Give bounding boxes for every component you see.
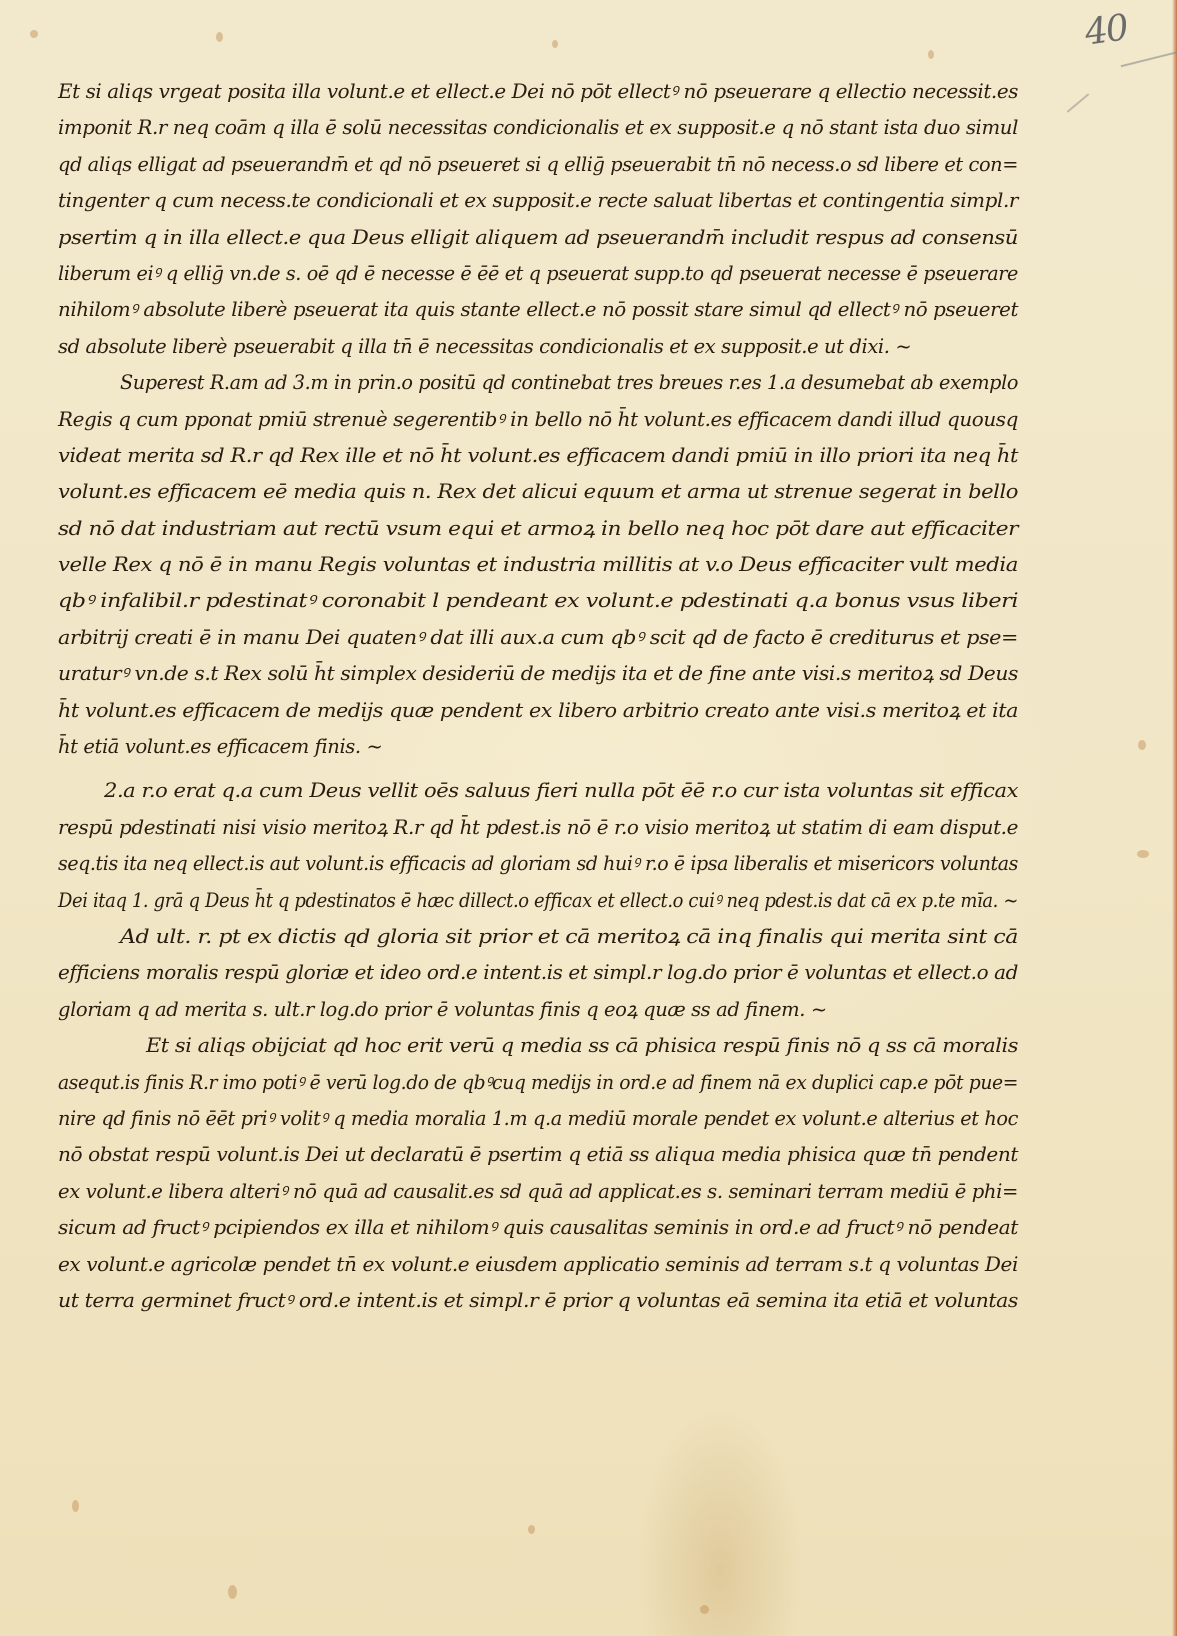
text-line: nihilomꝰ absolute liberè pseuerat ita qu… xyxy=(58,292,1018,328)
paragraph-4: Ad ult. r. pt ex dictis qd gloria sit pr… xyxy=(58,919,1018,1028)
text-line: nō obstat respū volunt.is Dei ut declara… xyxy=(58,1137,1018,1173)
foxing-spot xyxy=(528,1525,535,1534)
foxing-spot xyxy=(216,32,223,42)
manuscript-text: Et si aliqs vrgeat posita illa volunt.e … xyxy=(58,74,1018,1319)
foxing-spot xyxy=(552,40,558,48)
foxing-spot xyxy=(228,1585,237,1599)
foxing-spot xyxy=(928,50,934,59)
text-line: seq.tis ita neq ellect.is aut volunt.is … xyxy=(58,846,1018,882)
folio-number: 40 xyxy=(1082,7,1129,53)
text-line: 2.a r.o erat q.a cum Deus vellit oēs sal… xyxy=(58,773,1018,809)
paragraph-2: Superest R.am ad 3.m in prin.o positū qd… xyxy=(58,365,1018,765)
text-line: h̄t volunt.es efficacem de medijs quæ pe… xyxy=(58,693,1018,729)
foxing-spot xyxy=(700,1605,709,1614)
text-line: psertim q in illa ellect.e qua Deus elli… xyxy=(58,220,1018,256)
text-line: Et si aliqs obijciat qd hoc erit verū q … xyxy=(58,1028,1018,1064)
text-line: sd absolute liberè pseuerabit q illa tn̄… xyxy=(58,329,1018,365)
paragraph-5: Et si aliqs obijciat qd hoc erit verū q … xyxy=(58,1028,1018,1319)
foxing-spot xyxy=(1138,740,1146,750)
text-line: respū pdestinati nisi visio meritoꝝ R.r … xyxy=(58,810,1018,846)
text-line: Et si aliqs vrgeat posita illa volunt.e … xyxy=(58,74,1018,110)
text-line: asequt.is finis R.r imo potiꝰ ē verū log… xyxy=(58,1065,1018,1101)
text-line: liberum eiꝰ q elliḡ vn.de s. oē qd ē nec… xyxy=(58,256,1018,292)
text-line: ex volunt.e agricolæ pendet tn̄ ex volun… xyxy=(58,1247,1018,1283)
manuscript-page: 40 Et si aliqs vrgeat posita illa volunt… xyxy=(0,0,1177,1636)
paragraph-1: Et si aliqs vrgeat posita illa volunt.e … xyxy=(58,74,1018,365)
text-line: Ad ult. r. pt ex dictis qd gloria sit pr… xyxy=(58,919,1018,955)
text-line: qbꝰ infalibil.r pdestinatꝰ coronabit l p… xyxy=(58,583,1018,619)
text-line: videat merita sd R.r qd Rex ille et nō h… xyxy=(58,438,1018,474)
text-line: ut terra germinet fructꝰ ord.e intent.is… xyxy=(58,1283,1018,1319)
text-line: volunt.es efficacem eē media quis n. Rex… xyxy=(58,474,1018,510)
text-line: tingenter q cum necess.te condicionali e… xyxy=(58,183,1018,219)
text-line: Dei itaq 1. grā q Deus h̄t q pdestinatos… xyxy=(58,883,1018,919)
pencil-mark xyxy=(1121,51,1177,67)
text-line: imponit R.r neq coām q illa ē solū neces… xyxy=(58,110,1018,146)
text-line: sicum ad fructꝰ pcipiendos ex illa et ni… xyxy=(58,1210,1018,1246)
text-line: uraturꝰ vn.de s.t Rex solū h̄t simplex d… xyxy=(58,656,1018,692)
text-line: Regis q cum pponat pmiū strenuè segerent… xyxy=(58,402,1018,438)
text-line: efficiens moralis respū gloriæ et ideo o… xyxy=(58,955,1018,991)
paragraph-3: 2.a r.o erat q.a cum Deus vellit oēs sal… xyxy=(58,773,1018,919)
text-line: gloriam q ad merita s. ult.r log.do prio… xyxy=(58,992,1018,1028)
text-line: velle Rex q nō ē in manu Regis voluntas … xyxy=(58,547,1018,583)
text-line: qd aliqs elligat ad pseuerandm̄ et qd nō… xyxy=(58,147,1018,183)
foxing-spot xyxy=(1137,850,1149,858)
page-edge xyxy=(1172,0,1177,1636)
text-line: nire qd finis nō ēēt priꝰ volitꝰ q media… xyxy=(58,1101,1018,1137)
pencil-mark xyxy=(1067,93,1090,113)
text-line: sd nō dat industriam aut rectū vsum equi… xyxy=(58,511,1018,547)
foxing-spot xyxy=(30,30,38,38)
text-line: Superest R.am ad 3.m in prin.o positū qd… xyxy=(58,365,1018,401)
text-line: arbitrij creati ē in manu Dei quatenꝰ da… xyxy=(58,620,1018,656)
text-line: h̄t etiā volunt.es efficacem finis. ~ xyxy=(58,729,1018,765)
foxing-spot xyxy=(72,1500,79,1512)
text-line: ex volunt.e libera alteriꝰ nō quā ad cau… xyxy=(58,1174,1018,1210)
